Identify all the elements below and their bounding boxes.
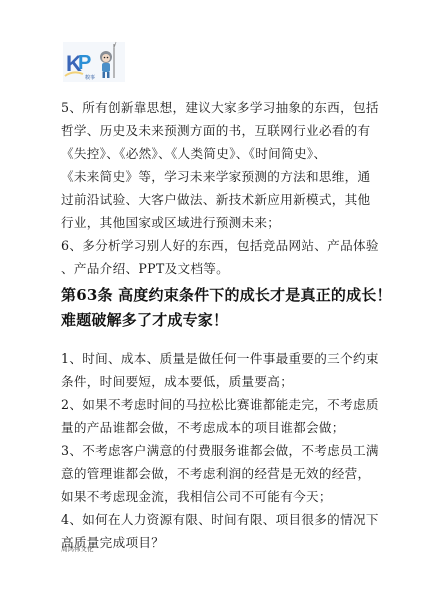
section-2: 1、时间、成本、质量是做任何一件事最重要的三个约束 条件，时间要短，成本要低，质…	[61, 347, 369, 554]
heading-line: 第63条 高度约束条件下的成长才是真正的成长！	[61, 283, 381, 308]
text-line: 意的管理谁都会做，不考虑利润的经营是无效的经营，	[61, 462, 369, 485]
text-line: 6、多分析学习别人好的东西，包括竞品网站、产品体验	[61, 234, 369, 257]
text-line: 2、如果不考虑时间的马拉松比赛谁都能走完，不考虑质	[61, 393, 369, 416]
text-line: 过前沿试验、大客户做法、新技术新应用新模式，其他	[61, 188, 369, 211]
section-1: 5、所有创新靠思想，建议大家多学习抽象的东西，包括 哲学、历史及未来预测方面的书…	[61, 96, 369, 280]
text-line: 行业，其他国家或区域进行预测未来；	[61, 211, 369, 234]
paragraph-item-6: 6、多分析学习别人好的东西，包括竞品网站、产品体验 、产品介绍、PPT及文档等。	[61, 234, 369, 280]
text-line: 《未来简史》等，学习未来学家预测的方法和思维，通	[61, 165, 369, 188]
kp-logo: K P 糗事	[63, 40, 125, 82]
text-line: 4、如何在人力资源有限、时间有限、项目很多的情况下	[61, 508, 369, 531]
monkey-mascot-icon: K P 糗事	[63, 40, 125, 82]
text-line: 哲学、历史及未来预测方面的书，互联网行业必看的有	[61, 119, 369, 142]
page-footer: 周鸿祎文化	[61, 544, 94, 553]
svg-text:糗事: 糗事	[85, 74, 95, 81]
text-line: 高质量完成项目？	[61, 531, 369, 554]
paragraph-item-3: 3、不考虑客户满意的付费服务谁都会做，不考虑员工满 意的管理谁都会做，不考虑利润…	[61, 439, 369, 508]
svg-text:P: P	[78, 52, 91, 74]
text-line: 如果不考虑现金流，我相信公司不可能有今天；	[61, 485, 369, 508]
text-line: 1、时间、成本、质量是做任何一件事最重要的三个约束	[61, 347, 369, 370]
paragraph-item-4: 4、如何在人力资源有限、时间有限、项目很多的情况下 高质量完成项目？	[61, 508, 369, 554]
text-line: 5、所有创新靠思想，建议大家多学习抽象的东西，包括	[61, 96, 369, 119]
document-page: K P 糗事 5、所有创新靠思想，建议大家多学习抽象的东西，包括 哲学、历史及未…	[0, 0, 421, 598]
paragraph-item-1: 1、时间、成本、质量是做任何一件事最重要的三个约束 条件，时间要短，成本要低，质…	[61, 347, 369, 393]
text-line: 3、不考虑客户满意的付费服务谁都会做，不考虑员工满	[61, 439, 369, 462]
paragraph-item-2: 2、如果不考虑时间的马拉松比赛谁都能走完，不考虑质 量的产品谁都会做，不考虑成本…	[61, 393, 369, 439]
heading-line: 难题破解多了才成专家！	[61, 308, 381, 333]
text-line: 量的产品谁都会做，不考虑成本的项目谁都会做；	[61, 416, 369, 439]
text-line: 条件，时间要短，成本要低，质量要高；	[61, 370, 369, 393]
text-line: 《失控》、《必然》、《人类简史》、《时间简史》、	[61, 142, 369, 165]
paragraph-item-5: 5、所有创新靠思想，建议大家多学习抽象的东西，包括 哲学、历史及未来预测方面的书…	[61, 96, 369, 234]
text-line: 、产品介绍、PPT及文档等。	[61, 257, 369, 280]
section-heading: 第63条 高度约束条件下的成长才是真正的成长！ 难题破解多了才成专家！	[61, 283, 381, 333]
